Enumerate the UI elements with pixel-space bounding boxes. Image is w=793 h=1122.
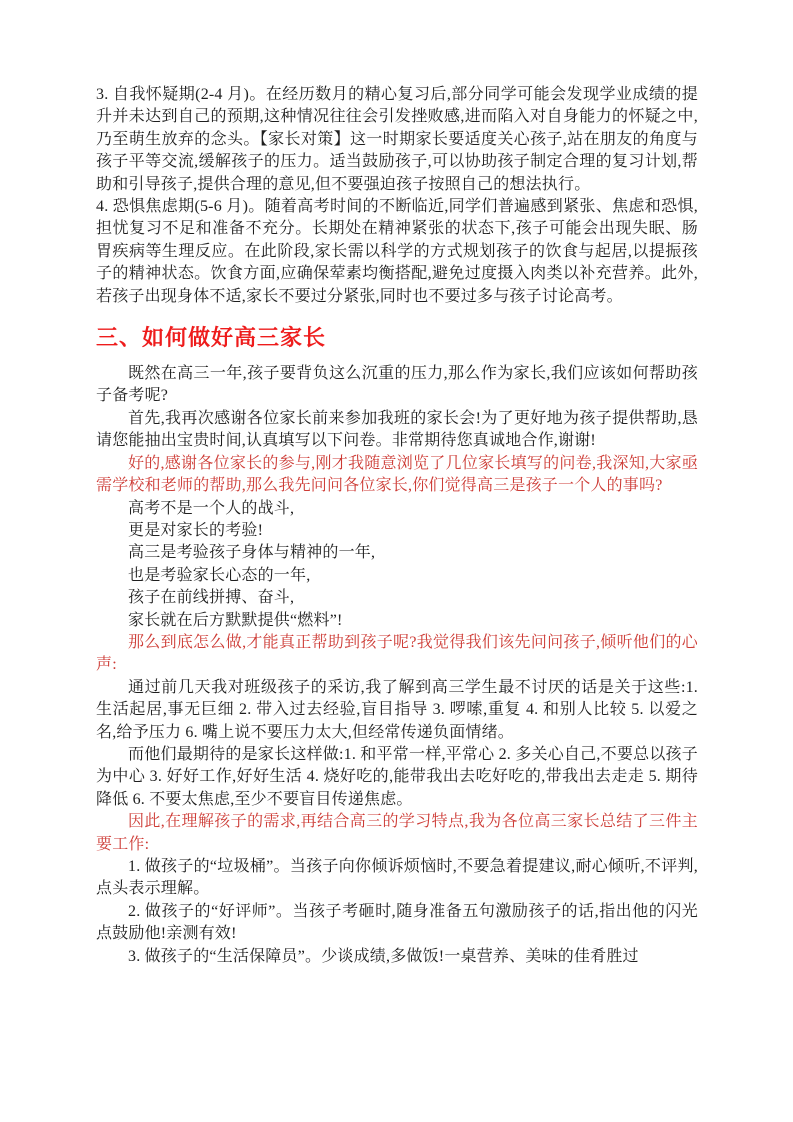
paragraph-stage4: 4. 恐惧焦虑期(5-6 月)。随着高考时间的不断临近,同学们普遍感到紧张、焦虑… xyxy=(96,196,698,308)
paragraph-expectations-list: 而他们最期待的是家长这样做:1. 和平常一样,平常心 2. 多关心自己,不要总以… xyxy=(96,744,698,811)
paragraph-dislikes-list: 通过前几天我对班级孩子的采访,我了解到高三学生最不讨厌的话是关于这些:1. 生活… xyxy=(96,677,698,744)
dialog-line-1: 高考不是一个人的战斗, xyxy=(96,498,698,520)
paragraph-teacher-remark: 好的,感谢各位家长的参与,刚才我随意浏览了几位家长填写的问卷,我深知,大家亟需学… xyxy=(96,453,698,498)
paragraph-task-2: 2. 做孩子的“好评师”。当孩子考砸时,随身准备五句激励孩子的话,指出他的闪光点… xyxy=(96,901,698,946)
paragraph-task-1: 1. 做孩子的“垃圾桶”。当孩子向你倾诉烦恼时,不要急着提建议,耐心倾听,不评判… xyxy=(96,856,698,901)
dialog-line-3: 高三是考验孩子身体与精神的一年, xyxy=(96,542,698,564)
paragraph-summary-remark: 因此,在理解孩子的需求,再结合高三的学习特点,我为各位高三家长总结了三件主要工作… xyxy=(96,811,698,856)
paragraph-stage3: 3. 自我怀疑期(2-4 月)。在经历数月的精心复习后,部分同学可能会发现学业成… xyxy=(96,84,698,196)
dialog-line-5: 孩子在前线拼搏、奋斗, xyxy=(96,587,698,609)
document-page: 3. 自我怀疑期(2-4 月)。在经历数月的精心复习后,部分同学可能会发现学业成… xyxy=(0,0,793,1122)
paragraph-listen-remark: 那么到底怎么做,才能真正帮助到孩子呢?我觉得我们该先问问孩子,倾听他们的心声: xyxy=(96,632,698,677)
section-heading: 三、如何做好高三家长 xyxy=(96,323,698,353)
paragraph-thanks: 首先,我再次感谢各位家长前来参加我班的家长会!为了更好地为孩子提供帮助,恳请您能… xyxy=(96,408,698,453)
paragraph-task-3: 3. 做孩子的“生活保障员”。少谈成绩,多做饭!一桌营养、美味的佳肴胜过 xyxy=(96,946,698,968)
dialog-line-4: 也是考验家长心态的一年, xyxy=(96,565,698,587)
dialog-line-2: 更是对家长的考验! xyxy=(96,520,698,542)
dialog-line-6: 家长就在后方默默提供“燃料”! xyxy=(96,610,698,632)
paragraph-intro-question: 既然在高三一年,孩子要背负这么沉重的压力,那么作为家长,我们应该如何帮助孩子备考… xyxy=(96,363,698,408)
